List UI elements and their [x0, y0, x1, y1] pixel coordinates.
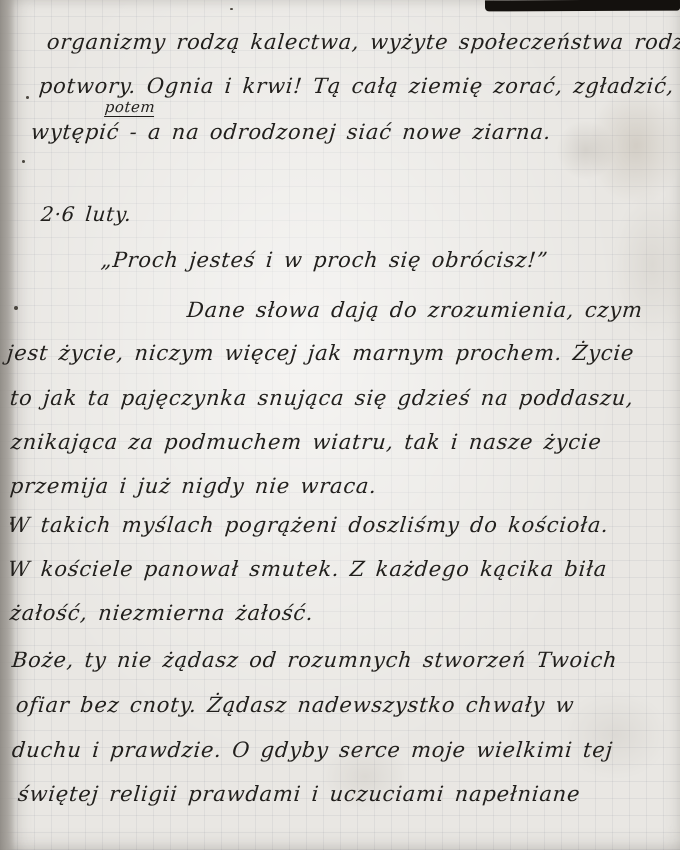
handwritten-quote: „Proch jesteś i w proch się obrócisz!” — [100, 248, 549, 272]
notebook-page: organizmy rodzą kalectwa, wyżyte społecz… — [0, 0, 680, 850]
handwritten-line: przemija i już nigdy nie wraca. — [9, 474, 378, 498]
handwritten-line: to jak ta pajęczynka snująca się gdzieś … — [9, 386, 635, 410]
ink-speck — [14, 306, 18, 310]
handwritten-line: W takich myślach pogrążeni doszliśmy do … — [7, 513, 610, 537]
handwritten-insertion-word: potem — [104, 98, 156, 117]
ink-speck — [230, 8, 233, 10]
handwritten-line: jest życie, niczym więcej jak marnym pro… — [6, 341, 635, 365]
ink-speck — [26, 96, 29, 99]
handwritten-line: Boże, ty nie żądasz od rozumnych stworze… — [11, 648, 619, 672]
paper-stain — [556, 120, 616, 180]
handwritten-line: organizmy rodzą kalectwa, wyżyte społecz… — [46, 30, 680, 54]
handwritten-line: wytępić - a na odrodzonej siać nowe ziar… — [30, 120, 552, 144]
handwritten-line: W kościele panował smutek. Z każdego kąc… — [7, 557, 608, 581]
paper-stain — [560, 690, 670, 780]
handwritten-line: duchu i prawdzie. O gdyby serce moje wie… — [11, 738, 614, 762]
entry-date-heading: 2·6 luty. — [40, 202, 133, 226]
handwritten-line: Dane słowa dają do zrozumienia, czym — [186, 298, 644, 322]
handwritten-line: ofiar bez cnoty. Żądasz nadewszystko chw… — [15, 693, 575, 717]
handwritten-line: znikająca za podmuchem wiatru, tak i nas… — [10, 430, 603, 454]
handwritten-line: żałość, niezmierna żałość. — [9, 601, 315, 625]
binding-shadow-edge — [0, 0, 15, 850]
ink-speck — [22, 160, 25, 163]
scan-edge-artifact — [485, 0, 680, 11]
handwritten-line: potwory. Ognia i krwi! Tą całą ziemię zo… — [38, 74, 675, 98]
paper-stain — [588, 86, 680, 206]
handwritten-line: świętej religii prawdami i uczuciami nap… — [17, 782, 581, 806]
